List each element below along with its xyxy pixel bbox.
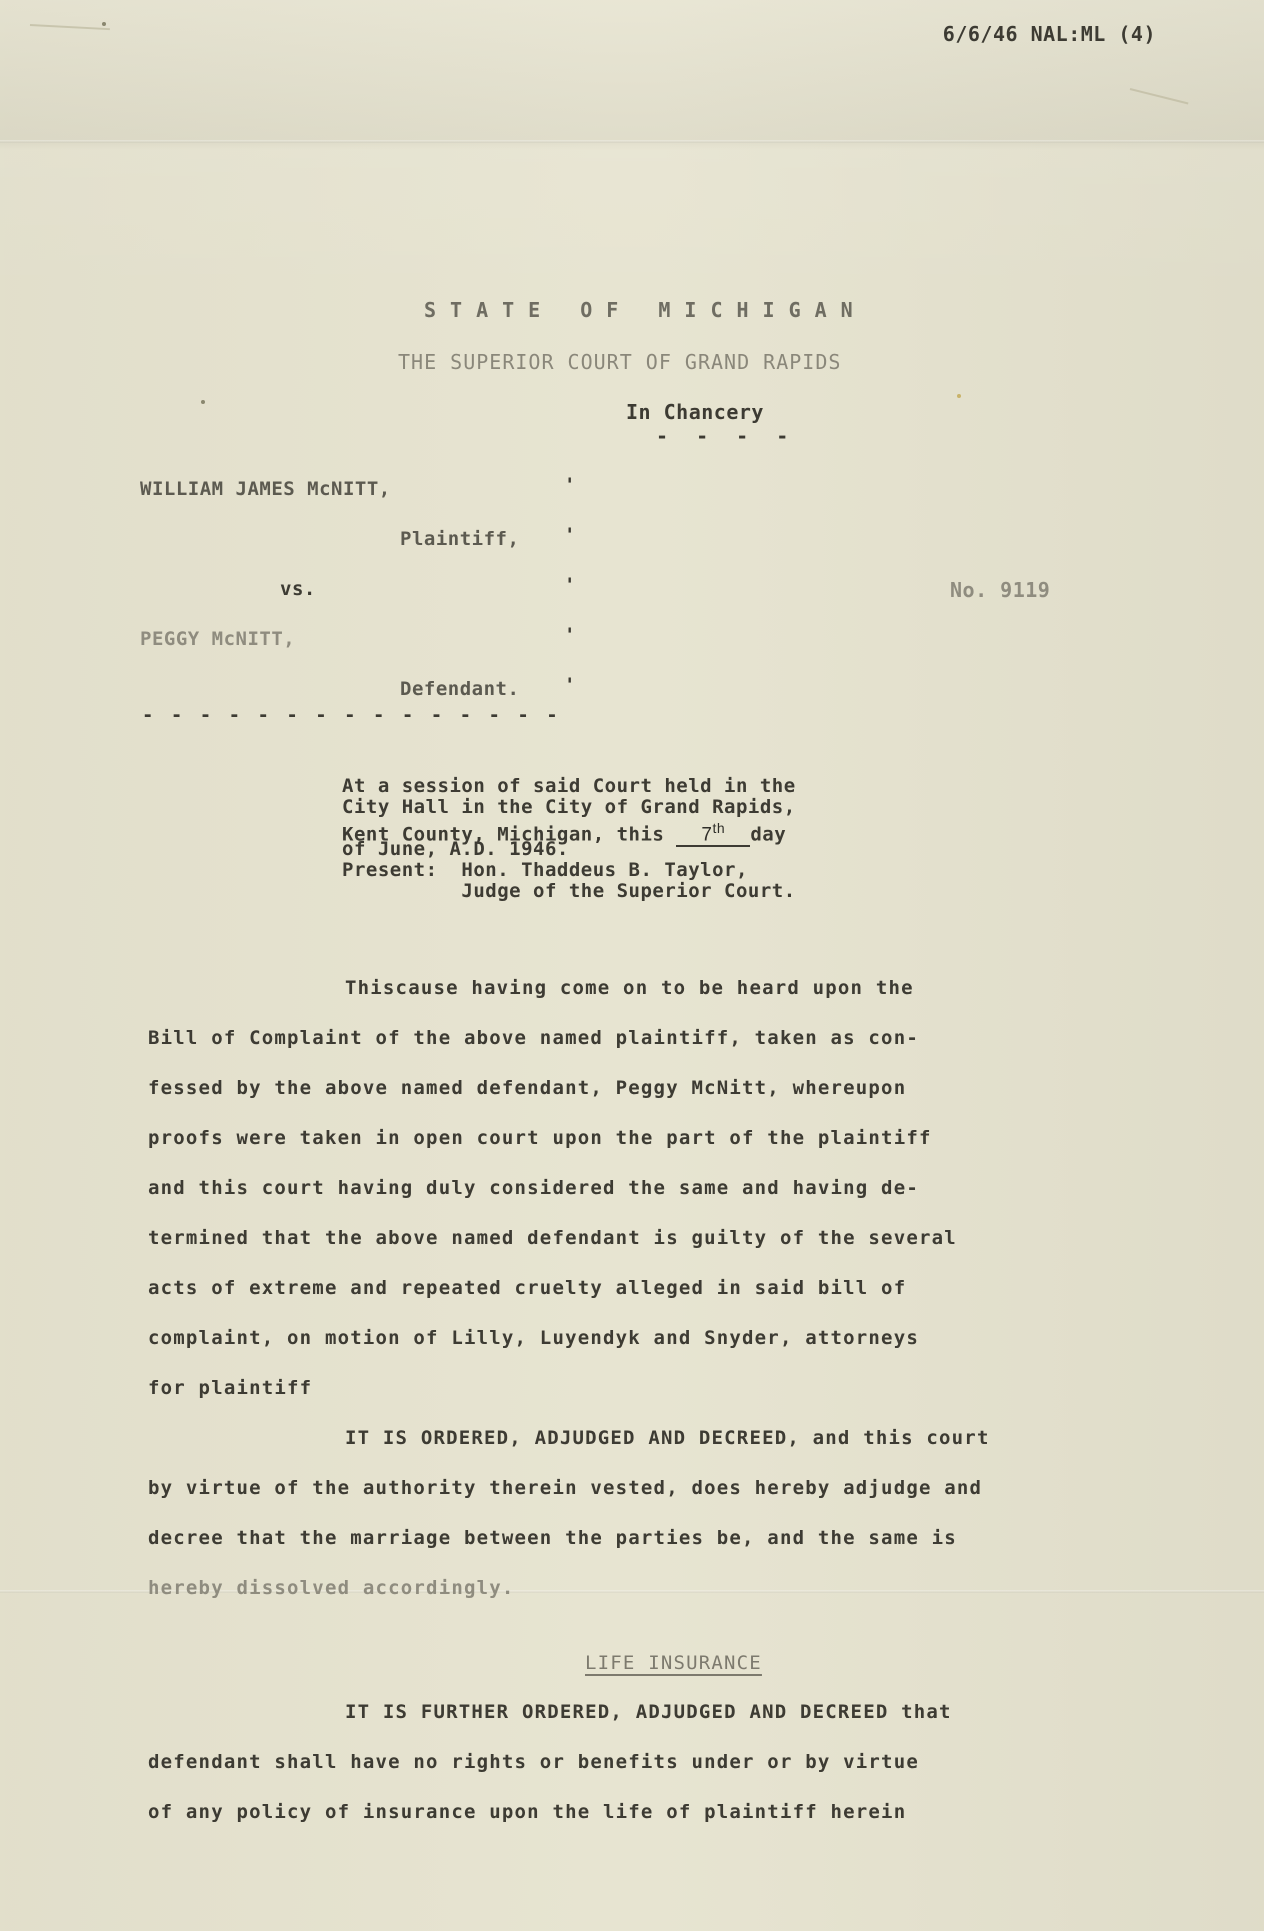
defendant-label: Defendant. <box>400 678 519 700</box>
document-reference: 6/6/46 NAL:ML (4) <box>943 22 1156 46</box>
caption-bracket: ' <box>564 574 576 596</box>
body-line: Bill of Complaint of the above named pla… <box>148 1027 919 1049</box>
body-line: proofs were taken in open court upon the… <box>148 1127 932 1149</box>
caption-bracket: ' <box>564 474 576 496</box>
handwritten-day: 7th <box>676 818 750 847</box>
day-number: 7 <box>701 824 712 845</box>
body-line: termined that the above named defendant … <box>148 1227 957 1249</box>
session-line: At a session of said Court held in the <box>342 776 796 797</box>
paper-scratch-mark <box>30 24 110 30</box>
day-suffix: th <box>713 820 726 836</box>
paper-scratch-mark <box>1130 88 1189 104</box>
body-line: of any policy of insurance upon the life… <box>148 1801 906 1823</box>
body-line: hereby dissolved accordingly. <box>148 1577 515 1599</box>
court-decree-page: 6/6/46 NAL:ML (4) STATE OF MICHIGAN THE … <box>0 0 1264 1931</box>
paper-speck <box>201 400 205 404</box>
section-heading-life-insurance: LIFE INSURANCE <box>585 1652 762 1674</box>
plaintiff-name: WILLIAM JAMES McNITT, <box>140 478 391 500</box>
session-line: of June, A.D. 1946. <box>342 839 569 860</box>
defendant-name: PEGGY McNITT, <box>140 628 295 650</box>
jurisdiction-rule: - - - - <box>656 424 796 448</box>
versus-label: vs. <box>280 578 316 600</box>
body-line: and this court having duly considered th… <box>148 1177 919 1199</box>
body-line: decree that the marriage between the par… <box>148 1527 957 1549</box>
paper-speck <box>102 22 106 26</box>
jurisdiction-label: In Chancery <box>626 400 764 424</box>
body-line: complaint, on motion of Lilly, Luyendyk … <box>148 1327 919 1349</box>
day-trailing: day <box>750 823 786 845</box>
caption-bracket: ' <box>564 624 576 646</box>
body-line: IT IS FURTHER ORDERED, ADJUDGED AND DECR… <box>345 1701 952 1723</box>
body-line: defendant shall have no rights or benefi… <box>148 1751 919 1773</box>
body-line: for plaintiff <box>148 1377 312 1399</box>
body-line: Thiscause having come on to be heard upo… <box>345 977 914 999</box>
body-line: by virtue of the authority therein veste… <box>148 1477 982 1499</box>
session-line: City Hall in the City of Grand Rapids, <box>342 797 796 818</box>
body-line: fessed by the above named defendant, Peg… <box>148 1077 906 1099</box>
case-number: No. 9119 <box>950 578 1050 602</box>
body-line: IT IS ORDERED, ADJUDGED AND DECREED, and… <box>345 1427 990 1449</box>
caption-bracket: ' <box>564 524 576 546</box>
caption-rule: - - - - - - - - - - - - - - - <box>142 704 561 726</box>
body-line: acts of extreme and repeated cruelty all… <box>148 1277 906 1299</box>
paper-fold-line <box>0 140 1264 143</box>
caption-bracket: ' <box>564 674 576 696</box>
court-name: THE SUPERIOR COURT OF GRAND RAPIDS <box>398 350 841 374</box>
plaintiff-label: Plaintiff, <box>400 528 519 550</box>
paper-speck <box>957 394 961 398</box>
session-line: Present: Hon. Thaddeus B. Taylor, <box>342 860 748 881</box>
state-heading: STATE OF MICHIGAN <box>424 298 867 322</box>
session-line: Judge of the Superior Court. <box>342 881 796 902</box>
